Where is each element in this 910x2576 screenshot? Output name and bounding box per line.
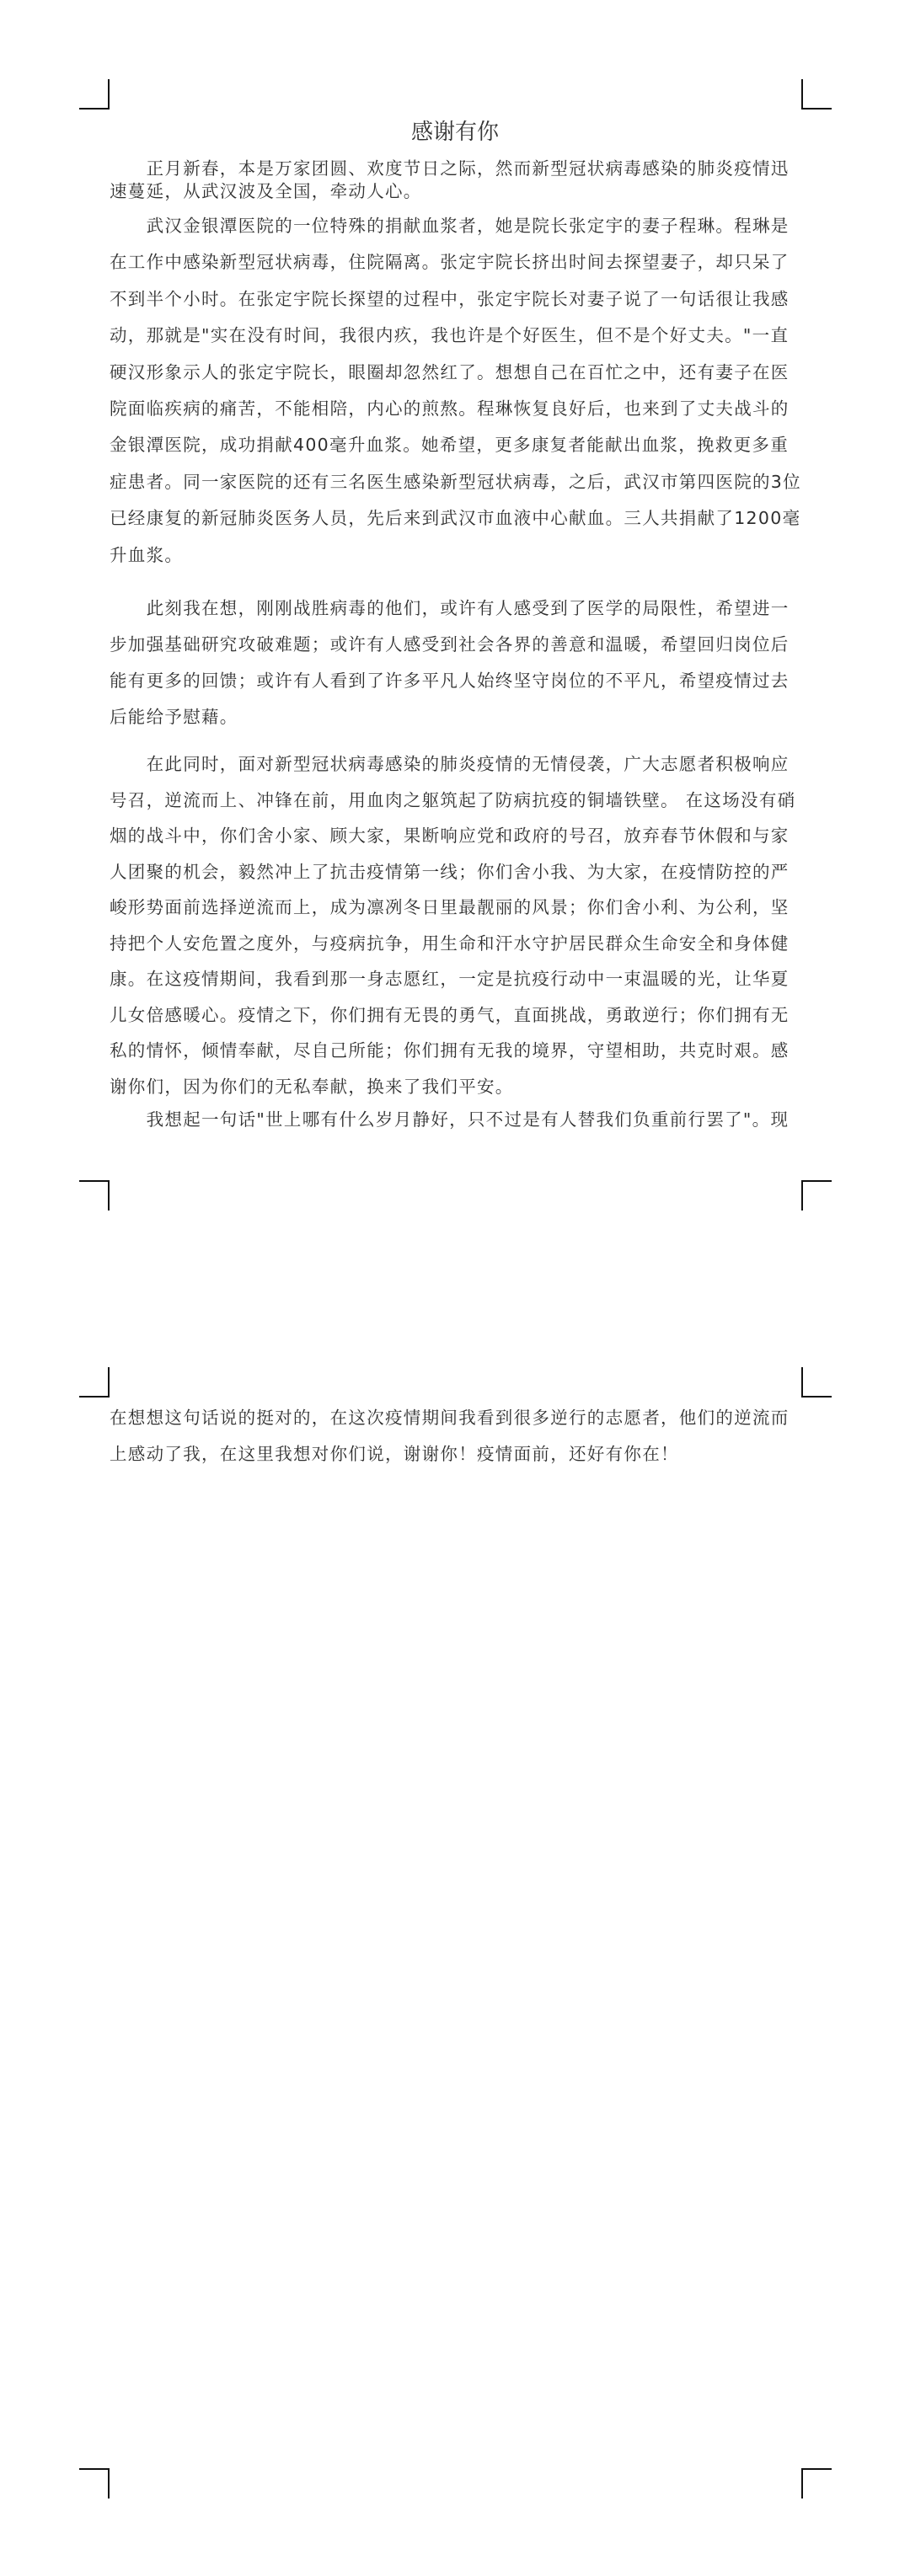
paragraph-5-continued: 在想想这句话说的挺对的，在这次疫情期间我看到很多逆行的志愿者，他们的逆流而 上感… [110,1400,800,1472]
paragraph-line: 速蔓延，从武汉波及全国，牵动人心。 [110,180,800,203]
paragraph-line: 后能给予慰藉。 [110,699,800,735]
paragraph-line: 在工作中感染新型冠状病毒，住院隔离。张定宇院长挤出时间去探望妻子，却只呆了 [110,244,800,281]
document-title: 感谢有你 [0,118,910,147]
paragraph-line: 硬汉形象示人的张定宇院长，眼圈却忽然红了。想想自己在百忙之中，还有妻子在医 [110,355,800,391]
paragraph-2: 武汉金银潭医院的一位特殊的捐献血浆者，她是院长张定宇的妻子程琳。程琳是 在工作中… [110,208,800,574]
paragraph-line: 此刻我在想，刚刚战胜病毒的他们，或许有人感受到了医学的局限性，希望进一 [110,591,800,627]
paragraph-line: 儿女倍感暖心。疫情之下，你们拥有无畏的勇气，直面挑战，勇敢逆行；你们拥有无 [110,997,800,1034]
paragraph-line: 持把个人安危置之度外，与疫病抗争，用生命和汗水守护居民群众生命安全和身体健 [110,926,800,962]
paragraph-line: 症患者。同一家医院的还有三名医生感染新型冠状病毒，之后，武汉市第四医院的3位 [110,464,800,500]
paragraph-line: 已经康复的新冠肺炎医务人员，先后来到武汉市血液中心献血。三人共捐献了1200毫 [110,500,800,537]
paragraph-5: 我想起一句话"世上哪有什么岁月静好，只不过是有人替我们负重前行罢了"。现 [110,1102,800,1138]
paragraph-line: 私的情怀，倾情奉献，尽自己所能；你们拥有无我的境界，守望相助，共克时艰。感 [110,1033,800,1069]
paragraph-line: 谢你们，因为你们的无私奉献，换来了我们平安。 [110,1069,800,1105]
page2-bottom-right-crop-mark [801,2468,832,2499]
paragraph-line: 动，那就是"实在没有时间，我很内疚，我也许是个好医生，但不是个好丈夫。"一直 [110,318,800,354]
page1-bottom-right-crop-mark [801,1180,832,1211]
paragraph-line: 峻形势面前选择逆流而上，成为凛冽冬日里最靓丽的风景；你们舍小利、为公利，坚 [110,890,800,926]
page2-top-left-crop-mark [79,1367,110,1398]
page2-bottom-left-crop-mark [79,2468,110,2499]
paragraph-4: 在此同时，面对新型冠状病毒感染的肺炎疫情的无情侵袭，广大志愿者积极响应 号召，逆… [110,746,800,1104]
paragraph-line: 不到半个小时。在张定宇院长探望的过程中，张定宇院长对妻子说了一句话很让我感 [110,281,800,318]
paragraph-line: 正月新春，本是万家团圆、欢度节日之际，然而新型冠状病毒感染的肺炎疫情迅 [110,158,800,180]
paragraph-line: 能有更多的回馈；或许有人看到了许多平凡人始终坚守岗位的不平凡，希望疫情过去 [110,663,800,699]
paragraph-line: 升血浆。 [110,537,800,574]
paragraph-line: 号召，逆流而上、冲锋在前，用血肉之躯筑起了防病抗疫的铜墙铁壁。 在这场没有硝 [110,783,800,819]
paragraph-line: 武汉金银潭医院的一位特殊的捐献血浆者，她是院长张定宇的妻子程琳。程琳是 [110,208,800,244]
paragraph-1: 正月新春，本是万家团圆、欢度节日之际，然而新型冠状病毒感染的肺炎疫情迅 速蔓延，… [110,158,800,203]
paragraph-line: 在此同时，面对新型冠状病毒感染的肺炎疫情的无情侵袭，广大志愿者积极响应 [110,746,800,783]
paragraph-line: 康。在这疫情期间，我看到那一身志愿红，一定是抗疫行动中一束温暖的光，让华夏 [110,961,800,997]
paragraph-line: 上感动了我，在这里我想对你们说，谢谢你！疫情面前，还好有你在！ [110,1436,800,1472]
paragraph-3: 此刻我在想，刚刚战胜病毒的他们，或许有人感受到了医学的局限性，希望进一 步加强基… [110,591,800,735]
paragraph-line: 人团聚的机会，毅然冲上了抗击疫情第一线；你们舍小我、为大家，在疫情防控的严 [110,854,800,890]
paragraph-line: 我想起一句话"世上哪有什么岁月静好，只不过是有人替我们负重前行罢了"。现 [110,1102,800,1138]
page1-top-left-crop-mark [79,79,110,110]
paragraph-line: 在想想这句话说的挺对的，在这次疫情期间我看到很多逆行的志愿者，他们的逆流而 [110,1400,800,1436]
page2-top-right-crop-mark [801,1367,832,1398]
paragraph-line: 院面临疾病的痛苦，不能相陪，内心的煎熬。程琳恢复良好后，也来到了丈夫战斗的 [110,391,800,427]
page1-top-right-crop-mark [801,79,832,110]
paragraph-line: 烟的战斗中，你们舍小家、顾大家，果断响应党和政府的号召，放弃春节休假和与家 [110,818,800,854]
page1-bottom-left-crop-mark [79,1180,110,1211]
paragraph-line: 金银潭医院，成功捐献400毫升血浆。她希望，更多康复者能献出血浆，挽救更多重 [110,427,800,463]
paragraph-line: 步加强基础研究攻破难题；或许有人感受到社会各界的善意和温暖，希望回归岗位后 [110,627,800,663]
